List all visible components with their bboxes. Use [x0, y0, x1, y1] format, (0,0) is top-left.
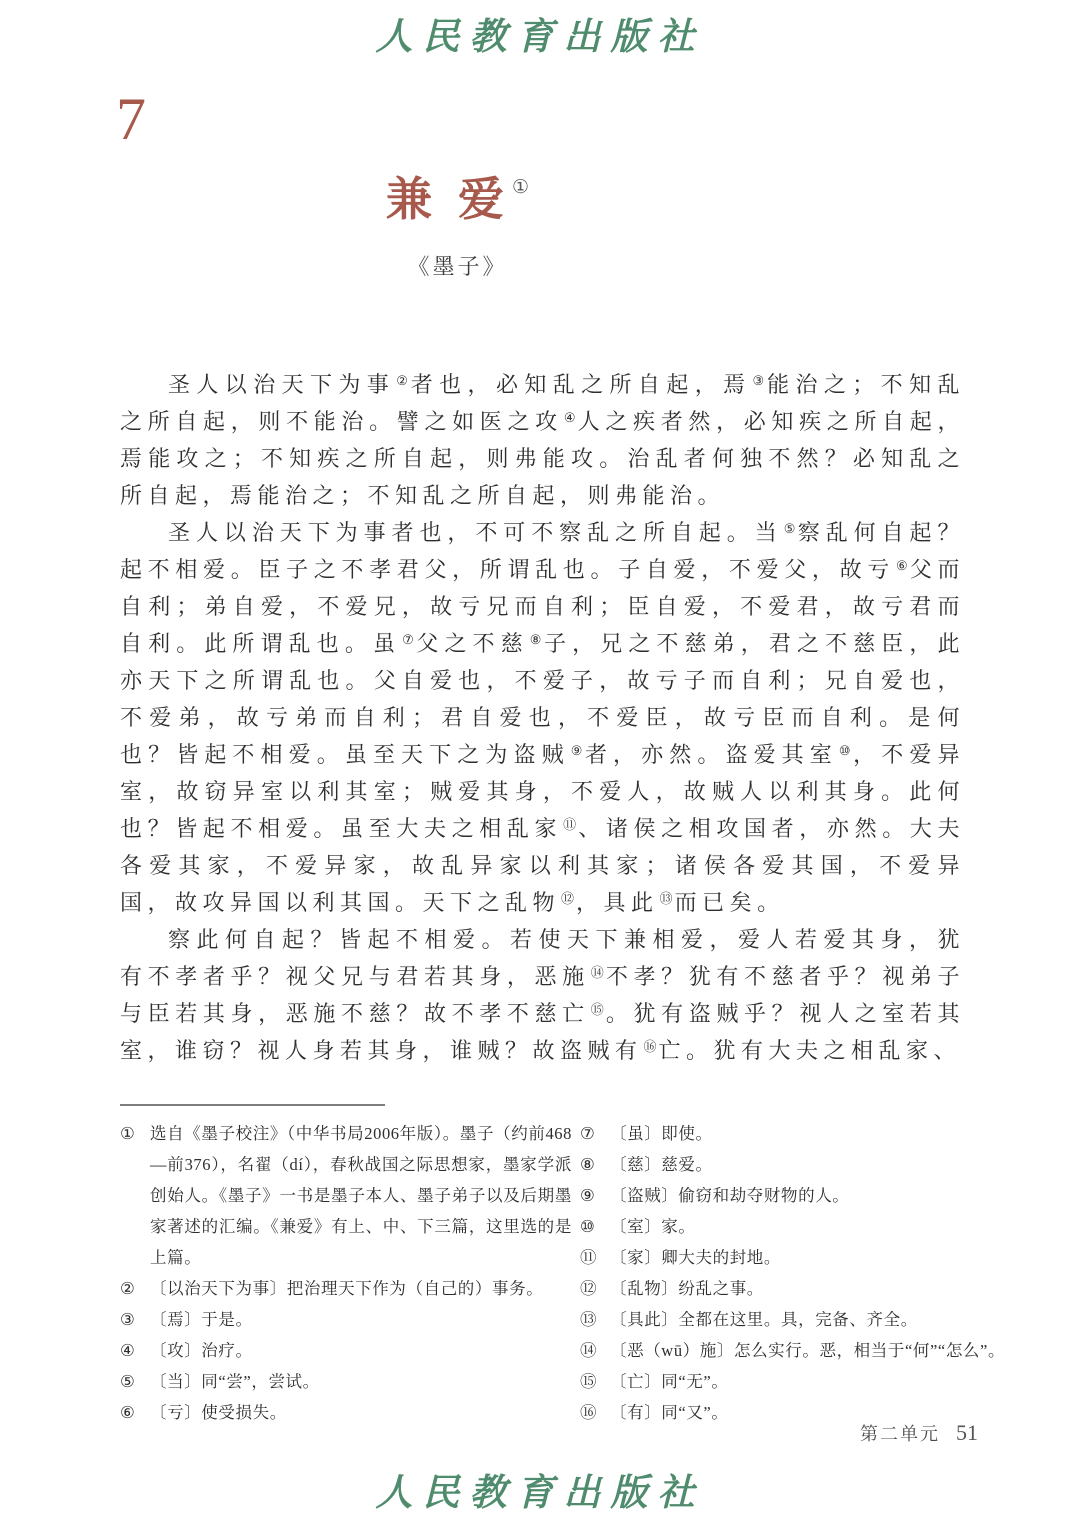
footnote-item: ⑨〔盗贼〕偷窃和劫夺财物的人。: [580, 1180, 1020, 1211]
footnote-text: 〔亏〕使受损失。: [150, 1403, 287, 1422]
footnote-text: 〔家〕卿大夫的封地。: [610, 1248, 781, 1267]
footnote-item: ④〔攻〕治疗。: [120, 1335, 572, 1366]
footnote-item: ⑭〔恶（wū）施〕怎么实行。恶，相当于“何”“怎么”。: [580, 1335, 1020, 1366]
footnote-text: 选自《墨子校注》（中华书局2006年版）。墨子（约前468—前376），名翟（d…: [150, 1124, 572, 1267]
footnotes-left-column: ①选自《墨子校注》（中华书局2006年版）。墨子（约前468—前376），名翟（…: [120, 1118, 572, 1428]
footnote-text: 〔盗贼〕偷窃和劫夺财物的人。: [610, 1186, 849, 1205]
footnote-number: ⑥: [120, 1397, 150, 1428]
textbook-page: 人民教育出版社 7 兼爱① 《墨子》 圣人以治天下为事②者也，必知乱之所自起，焉…: [0, 0, 1080, 1525]
footnote-item: ③〔焉〕于是。: [120, 1304, 572, 1335]
footnote-number: ⑫: [580, 1273, 610, 1304]
publisher-logo-top: 人民教育出版社: [0, 6, 1080, 60]
footnote-number: ⑩: [580, 1211, 610, 1242]
footnote-item: ⑦〔虽〕即使。: [580, 1118, 1020, 1149]
text-paragraph: 察此何自起？皆起不相爱。若使天下兼相爱，爱人若爱其身，犹有不孝者乎？视父兄与君若…: [120, 921, 965, 1069]
footnote-item: ⑤〔当〕同“尝”，尝试。: [120, 1366, 572, 1397]
footnote-number: ⑧: [580, 1149, 610, 1180]
source-attribution: 《墨子》: [0, 250, 915, 281]
footnote-text: 〔有〕同“又”。: [610, 1403, 728, 1422]
footnote-text: 〔慈〕慈爱。: [610, 1155, 713, 1174]
footnote-number: ⑬: [580, 1304, 610, 1335]
footnote-ref: ③: [753, 373, 767, 388]
footnote-ref: ⑯: [644, 1039, 658, 1054]
footnote-number: ②: [120, 1273, 150, 1304]
lesson-body-text: 圣人以治天下为事②者也，必知乱之所自起，焉③能治之；不知乱之所自起，则不能治。譬…: [120, 366, 965, 1069]
title-footnote-ref: ①: [512, 177, 529, 198]
page-footer: 第二单元51: [860, 1420, 978, 1446]
footnote-ref: ⑫: [561, 891, 575, 906]
footnote-item: ⑥〔亏〕使受损失。: [120, 1397, 572, 1428]
lesson-title-text: 兼爱: [386, 174, 530, 225]
footnote-ref: ⑥: [896, 558, 909, 573]
footnote-ref: ⑧: [530, 632, 543, 647]
footnotes-right-column: ⑦〔虽〕即使。⑧〔慈〕慈爱。⑨〔盗贼〕偷窃和劫夺财物的人。⑩〔室〕家。⑪〔家〕卿…: [580, 1118, 1020, 1428]
footnote-ref: ⑬: [660, 891, 674, 906]
footnote-number: ⑪: [580, 1242, 610, 1273]
footnote-text: 〔当〕同“尝”，尝试。: [150, 1372, 320, 1391]
footnote-text: 〔攻〕治疗。: [150, 1341, 253, 1360]
footnote-ref: ⑦: [402, 632, 415, 647]
footnote-item: ⑩〔室〕家。: [580, 1211, 1020, 1242]
footnote-number: ⑨: [580, 1180, 610, 1211]
footnote-number: ①: [120, 1118, 150, 1149]
footnote-ref: ⑪: [563, 817, 577, 832]
footnote-number: ⑮: [580, 1366, 610, 1397]
text-paragraph: 圣人以治天下为事②者也，必知乱之所自起，焉③能治之；不知乱之所自起，则不能治。譬…: [120, 366, 965, 514]
footnote-item: ⑫〔乱物〕纷乱之事。: [580, 1273, 1020, 1304]
footnote-ref: ⑨: [571, 743, 584, 758]
footnote-text: 〔焉〕于是。: [150, 1310, 253, 1329]
footnote-divider: [120, 1104, 385, 1106]
footnote-number: ⑤: [120, 1366, 150, 1397]
lesson-number: 7: [116, 86, 146, 152]
footnote-ref: ④: [564, 410, 577, 425]
title-block: 兼爱① 《墨子》: [0, 170, 915, 281]
footnote-text: 〔乱物〕纷乱之事。: [610, 1279, 764, 1298]
footnote-item: ①选自《墨子校注》（中华书局2006年版）。墨子（约前468—前376），名翟（…: [120, 1118, 572, 1273]
footnote-item: ⑮〔亡〕同“无”。: [580, 1366, 1020, 1397]
footnote-item: ⑬〔具此〕全都在这里。具，完备、齐全。: [580, 1304, 1020, 1335]
footnote-text: 〔亡〕同“无”。: [610, 1372, 728, 1391]
footnote-text: 〔室〕家。: [610, 1217, 696, 1236]
footnote-item: ⑧〔慈〕慈爱。: [580, 1149, 1020, 1180]
footnote-number: ④: [120, 1335, 150, 1366]
text-paragraph: 圣人以治天下为事者也，不可不察乱之所自起。当⑤察乱何自起？起不相爱。臣子之不孝君…: [120, 514, 965, 921]
footnote-number: ⑭: [580, 1335, 610, 1366]
publisher-logo-bottom: 人民教育出版社: [0, 1462, 1080, 1516]
page-number: 51: [956, 1420, 978, 1445]
footnote-item: ②〔以治天下为事〕把治理天下作为（自己的）事务。: [120, 1273, 572, 1304]
footnote-text: 〔恶（wū）施〕怎么实行。恶，相当于“何”“怎么”。: [610, 1341, 1005, 1360]
footnote-text: 〔具此〕全都在这里。具，完备、齐全。: [610, 1310, 918, 1329]
footnote-ref: ⑩: [839, 743, 852, 758]
footnote-number: ⑦: [580, 1118, 610, 1149]
footnote-ref: ⑤: [784, 521, 797, 536]
footnote-number: ⑯: [580, 1397, 610, 1428]
footnote-text: 〔虽〕即使。: [610, 1124, 713, 1143]
footnote-ref: ⑭: [591, 965, 605, 980]
lesson-title: 兼爱①: [0, 170, 915, 230]
unit-label: 第二单元: [860, 1424, 940, 1444]
footnote-item: ⑪〔家〕卿大夫的封地。: [580, 1242, 1020, 1273]
footnote-ref: ②: [396, 373, 410, 388]
footnote-number: ③: [120, 1304, 150, 1335]
footnote-text: 〔以治天下为事〕把治理天下作为（自己的）事务。: [150, 1279, 543, 1298]
footnote-ref: ⑮: [591, 1002, 605, 1017]
footnotes-section: ①选自《墨子校注》（中华书局2006年版）。墨子（约前468—前376），名翟（…: [120, 1118, 1020, 1428]
